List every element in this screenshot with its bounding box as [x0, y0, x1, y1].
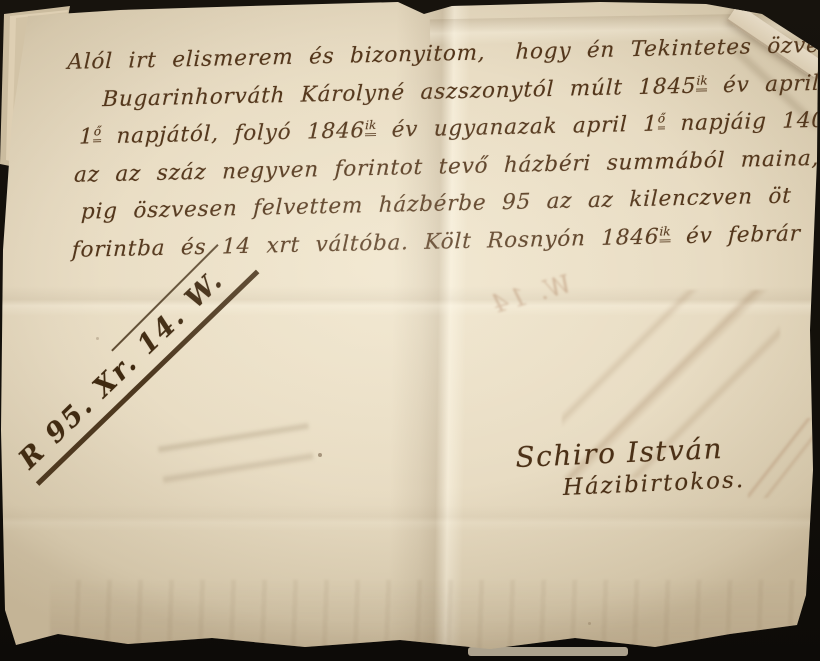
ink-bleed-through	[748, 418, 818, 498]
manuscript-lines: Alól irt elismerem és bizonyitom,hogy én…	[57, 28, 783, 270]
manuscript-text: napjáig 140.	[665, 108, 820, 137]
ink-speck	[318, 453, 322, 457]
manuscript-text: év april	[707, 70, 820, 98]
bottom-wrinkles	[50, 580, 810, 652]
manuscript-text: év ugyanazak april 1	[376, 112, 658, 143]
manuscript-text: ik	[365, 118, 377, 136]
horizontal-fold-crease	[0, 505, 820, 531]
horizontal-fold-crease	[0, 286, 820, 316]
paper-sheet: W. 14 Alól irt elismerem és bizonyitom,h…	[0, 0, 820, 661]
scanned-document: W. 14 Alól irt elismerem és bizonyitom,h…	[0, 0, 820, 661]
ink-bleed-through-text: W. 14	[486, 269, 575, 320]
manuscript-text: hogy én Tekintetes özvegy	[515, 32, 820, 65]
ink-speck	[588, 622, 591, 625]
manuscript-text: Alól irt elismerem és bizonyitom,	[67, 40, 486, 75]
manuscript-text: forintba és 14 xrt váltóba. Költ Rosnyón…	[72, 224, 660, 262]
manuscript-text: ik	[659, 224, 671, 242]
manuscript-text: napjától, folyó 1846	[101, 118, 366, 149]
ink-bleed-through	[154, 399, 318, 510]
manuscript-text: 1	[79, 124, 94, 149]
signature-block: Schiro István Házibirtokos.	[515, 431, 746, 503]
manuscript-text: év febrár 12	[670, 220, 820, 249]
docket-note: R 95. Xr. 14. W.	[9, 242, 259, 486]
ink-speck	[96, 337, 99, 340]
signature-title: Házibirtokos.	[562, 467, 745, 501]
